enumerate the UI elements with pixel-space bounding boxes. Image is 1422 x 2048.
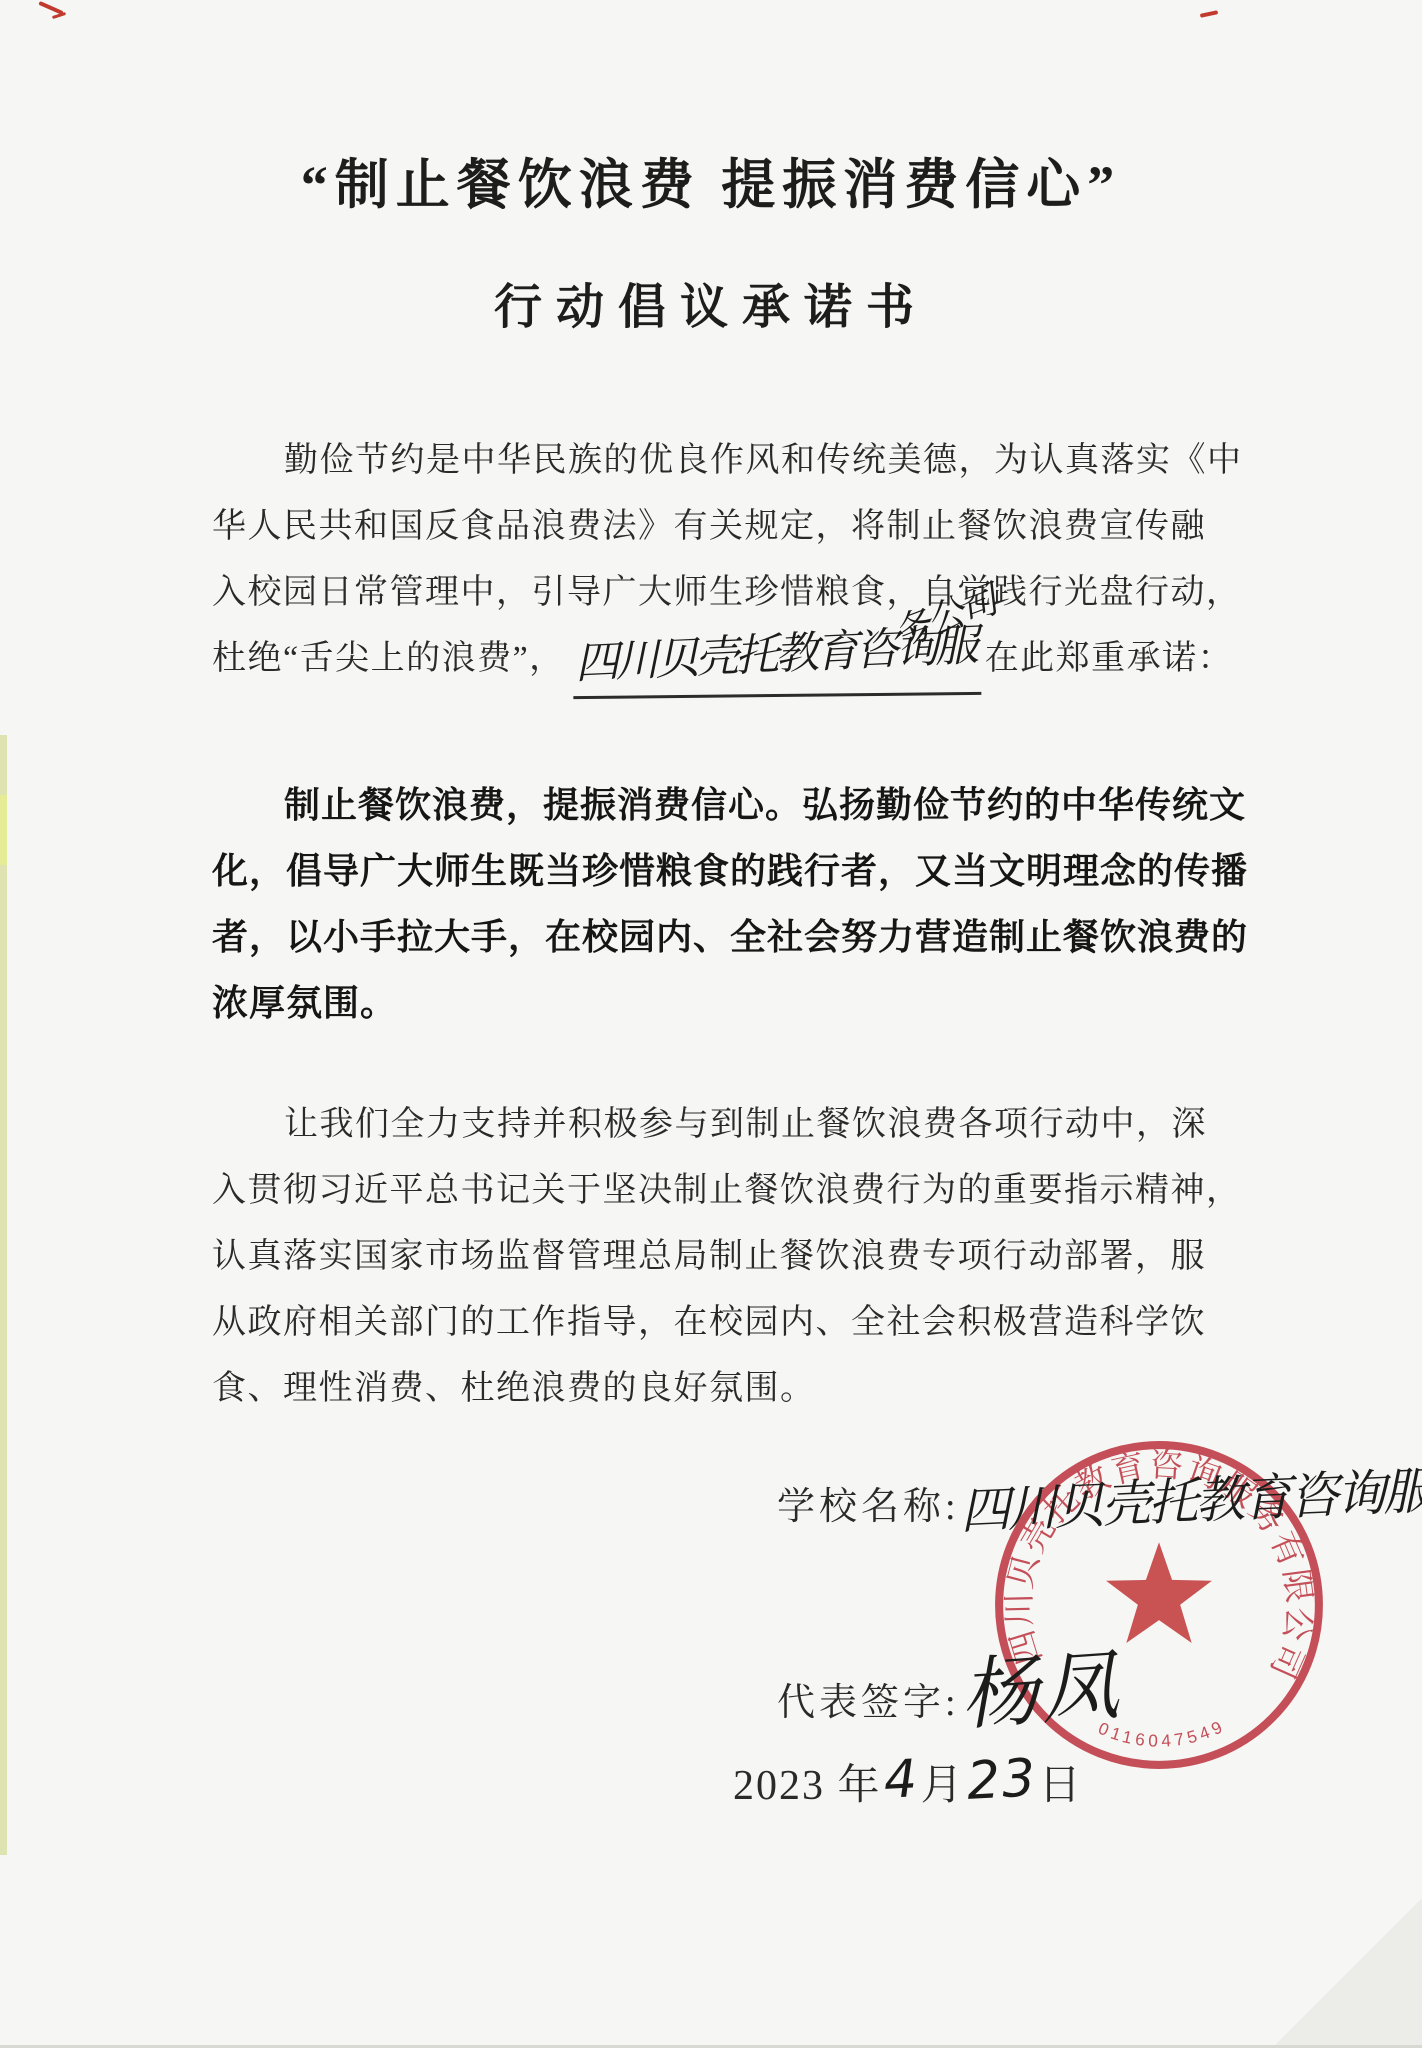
date-row: 2023 年4月23日: [733, 1752, 1083, 1812]
date-day-unit: 日: [1039, 1763, 1083, 1809]
paragraph-1-line-4-prefix: 杜绝“舌尖上的浪费”，: [212, 640, 565, 677]
paragraph-1-line-4-suffix: 在此郑重承诺：: [985, 640, 1234, 677]
paragraph-2-line-3: 者，以小手拉大手，在校园内、全社会努力营造制止餐饮浪费的: [212, 904, 1212, 970]
paragraph-1-line-1: 勤俭节约是中华民族的优良作风和传统美德，为认真落实《中: [212, 428, 1212, 494]
paragraph-1-line-4: 杜绝“舌尖上的浪费”，四川贝壳托教育咨询服务公司在此郑重承诺：: [212, 626, 1212, 692]
paragraph-3-line-4: 从政府相关部门的工作指导，在校园内、全社会积极营造科学饮: [212, 1290, 1212, 1356]
document-title: “制止餐饮浪费 提振消费信心”: [0, 142, 1422, 219]
school-name-label: 学校名称:: [777, 1486, 960, 1528]
paragraph-3-line-2: 入贯彻习近平总书记关于坚决制止餐饮浪费行为的重要指示精神，: [212, 1158, 1212, 1224]
scan-edge-strip: [0, 735, 7, 1855]
signature-label: 代表签字:: [777, 1682, 960, 1724]
date-day-handwritten: 23: [965, 1748, 1038, 1812]
paragraph-3: 让我们全力支持并积极参与到制止餐饮浪费各项行动中，深 入贯彻习近平总书记关于坚决…: [212, 1092, 1212, 1422]
scan-edge-chip: [0, 795, 7, 865]
paragraph-2-line-1: 制止餐饮浪费，提振消费信心。弘扬勤俭节约的中华传统文: [212, 772, 1212, 838]
paragraph-1-line-3: 入校园日常管理中，引导广大师生珍惜粮食，自觉践行光盘行动，: [212, 560, 1212, 626]
signature-handwritten: 杨凤: [956, 1623, 1123, 1746]
paragraph-2-line-2: 化，倡导广大师生既当珍惜粮食的践行者，又当文明理念的传播: [212, 838, 1212, 904]
date-month-unit: 月: [921, 1763, 965, 1809]
paragraph-2-line-4: 浓厚氛围。: [212, 970, 1212, 1036]
date-month-handwritten: 4: [882, 1749, 920, 1811]
paragraph-1-line-2: 华人民共和国反食品浪费法》有关规定，将制止餐饮浪费宣传融: [212, 494, 1212, 560]
school-name-row: 学校名称:四川贝壳托教育咨询服务公司: [777, 1462, 1422, 1534]
paragraph-3-line-3: 认真落实国家市场监督管理总局制止餐饮浪费专项行动部署，服: [212, 1224, 1212, 1290]
seal-star-icon: [1106, 1542, 1212, 1643]
scanned-document-page: “制止餐饮浪费 提振消费信心” 行动倡议承诺书 勤俭节约是中华民族的优良作风和传…: [0, 0, 1422, 2048]
handwritten-company-blank: 四川贝壳托教育咨询服务公司: [572, 624, 981, 699]
document-subtitle: 行动倡议承诺书: [0, 268, 1422, 337]
red-pen-mark-top-right: [1200, 10, 1218, 18]
paragraph-3-line-5: 食、理性消费、杜绝浪费的良好氛围。: [212, 1356, 1212, 1422]
paragraph-3-line-1: 让我们全力支持并积极参与到制止餐饮浪费各项行动中，深: [212, 1092, 1212, 1158]
date-year: 2023 年: [733, 1763, 882, 1809]
paragraph-2-bold: 制止餐饮浪费，提振消费信心。弘扬勤俭节约的中华传统文 化，倡导广大师生既当珍惜粮…: [212, 772, 1212, 1036]
paragraph-1: 勤俭节约是中华民族的优良作风和传统美德，为认真落实《中 华人民共和国反食品浪费法…: [212, 428, 1212, 692]
page-corner-fold: [1272, 1898, 1422, 2048]
red-pen-mark-top-left-2: [52, 12, 66, 19]
representative-signature-row: 代表签字:杨凤: [777, 1626, 1120, 1738]
